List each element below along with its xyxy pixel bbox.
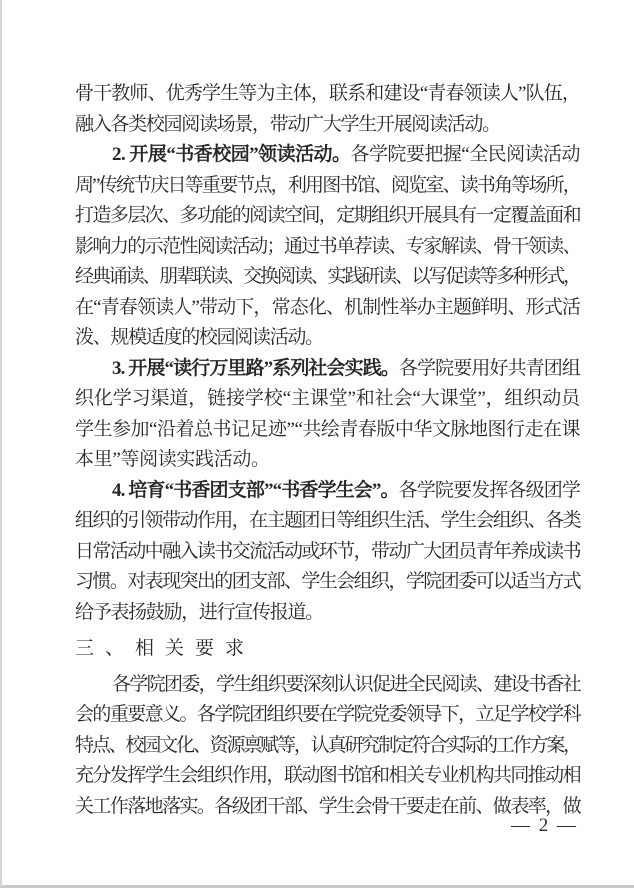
document-body: 骨干教师、优秀学生等为主体，联系和建设“青春领读人”队伍，融入各类校园阅读场景，…	[75, 79, 580, 822]
text-line: 经典诵读、朋辈联读、交换阅读、实践研读、以写促读等多种形式，	[75, 262, 580, 293]
bold-lead-text: 2. 开展“书香校园”领读活动。	[112, 144, 350, 165]
body-text-segment: 学生参加“沿着总书记足迹”“共绘青春版中华文脉地图行走在课	[75, 419, 580, 440]
body-text-segment: 各学院要把握“全民阅读活动	[350, 144, 580, 165]
body-text-segment: 融入各类校园阅读场景，带动广大学生开展阅读活动。	[75, 114, 500, 135]
body-text-segment: 本里”等阅读实践活动。	[75, 449, 270, 470]
text-line: 给予表扬鼓励，进行宣传报道。	[75, 598, 580, 629]
body-text-segment: 在“青春领读人”带动下，常态化、机制性举办主题鲜明、形式活	[75, 297, 580, 318]
text-line: 融入各类校园阅读场景，带动广大学生开展阅读活动。	[75, 110, 580, 141]
body-text-segment: 泼、规模适度的校园阅读活动。	[75, 327, 323, 348]
text-line: 3. 开展“读行万里路”系列社会实践。各学院要用好共青团组	[75, 354, 580, 385]
text-line: 影响力的示范性阅读活动；通过书单荐读、专家解读、骨干领读、	[75, 232, 580, 263]
body-text-segment: 织化学习渠道，链接学校“主课堂”和社会“大课堂”，组织动员	[75, 388, 580, 409]
text-line: 特点、校园文化、资源禀赋等，认真研究制定符合实际的工作方案，	[75, 731, 580, 762]
bold-lead-text: 3. 开展“读行万里路”系列社会实践。	[112, 358, 399, 379]
page-number: — 2 —	[511, 815, 578, 837]
text-line: 日常活动中融入读书交流活动或环节，带动广大团员青年养成读书	[75, 537, 580, 568]
document-page: 骨干教师、优秀学生等为主体，联系和建设“青春领读人”队伍，融入各类校园阅读场景，…	[0, 0, 634, 888]
text-line: 打造多层次、多功能的阅读空间，定期组织开展具有一定覆盖面和	[75, 201, 580, 232]
body-text-segment: 日常活动中融入读书交流活动或环节，带动广大团员青年养成读书	[75, 541, 580, 562]
section-heading: 三、相关要求	[75, 634, 580, 665]
body-text-segment: 充分发挥学生会组织作用，联动图书馆和相关专业机构共同推动相	[75, 765, 580, 786]
body-text-segment: 三、相关要求	[75, 638, 255, 659]
bold-lead-text: 4. 培育“书香团支部”“书香学生会”。	[112, 480, 399, 501]
text-line: 织化学习渠道，链接学校“主课堂”和社会“大课堂”，组织动员	[75, 384, 580, 415]
body-text-segment: 各学院要发挥各级团学	[399, 480, 580, 501]
body-text-segment: 给予表扬鼓励，进行宣传报道。	[75, 602, 323, 623]
body-text-segment: 习惯。对表现突出的团支部、学生会组织，学院团委可以适当方式	[75, 571, 580, 592]
body-text-segment: 特点、校园文化、资源禀赋等，认真研究制定符合实际的工作方案，	[75, 735, 580, 756]
text-line: 在“青春领读人”带动下，常态化、机制性举办主题鲜明、形式活	[75, 293, 580, 324]
text-line: 本里”等阅读实践活动。	[75, 445, 580, 476]
body-text-segment: 关工作落地落实。各级团干部、学生会骨干要走在前、做表率，做	[75, 796, 580, 817]
text-line: 充分发挥学生会组织作用，联动图书馆和相关专业机构共同推动相	[75, 761, 580, 792]
text-line: 周”传统节庆日等重要节点，利用图书馆、阅览室、读书角等场所，	[75, 171, 580, 202]
body-text-segment: 骨干教师、优秀学生等为主体，联系和建设“青春领读人”队伍，	[75, 83, 580, 104]
body-text-segment: 各学院团委，学生组织要深刻认识促进全民阅读、建设书香社	[112, 674, 580, 695]
text-line: 泼、规模适度的校园阅读活动。	[75, 323, 580, 354]
text-line: 组织的引领带动作用，在主题团日等组织生活、学生会组织、各类	[75, 506, 580, 537]
body-text-segment: 会的重要意义。各学院团组织要在学院党委领导下，立足学校学科	[75, 704, 580, 725]
text-line: 2. 开展“书香校园”领读活动。各学院要把握“全民阅读活动	[75, 140, 580, 171]
text-line: 各学院团委，学生组织要深刻认识促进全民阅读、建设书香社	[75, 670, 580, 701]
body-text-segment: 各学院要用好共青团组	[399, 358, 580, 379]
body-text-segment: 组织的引领带动作用，在主题团日等组织生活、学生会组织、各类	[75, 510, 580, 531]
body-text-segment: 经典诵读、朋辈联读、交换阅读、实践研读、以写促读等多种形式，	[75, 266, 580, 287]
text-line: 会的重要意义。各学院团组织要在学院党委领导下，立足学校学科	[75, 700, 580, 731]
text-line: 关工作落地落实。各级团干部、学生会骨干要走在前、做表率，做	[75, 792, 580, 823]
body-text-segment: 影响力的示范性阅读活动；通过书单荐读、专家解读、骨干领读、	[75, 236, 580, 257]
body-text-segment: 周”传统节庆日等重要节点，利用图书馆、阅览室、读书角等场所，	[75, 175, 580, 196]
text-line: 骨干教师、优秀学生等为主体，联系和建设“青春领读人”队伍，	[75, 79, 580, 110]
text-line: 习惯。对表现突出的团支部、学生会组织，学院团委可以适当方式	[75, 567, 580, 598]
text-line: 学生参加“沿着总书记足迹”“共绘青春版中华文脉地图行走在课	[75, 415, 580, 446]
body-text-segment: 打造多层次、多功能的阅读空间，定期组织开展具有一定覆盖面和	[75, 205, 580, 226]
text-line: 4. 培育“书香团支部”“书香学生会”。各学院要发挥各级团学	[75, 476, 580, 507]
